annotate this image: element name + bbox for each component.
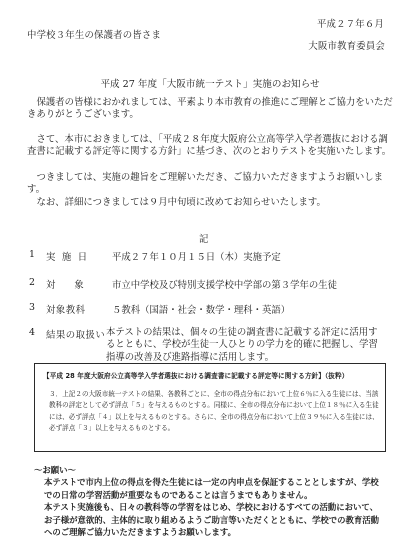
request-heading: ～お願い～ bbox=[34, 464, 76, 476]
item-number: 3 bbox=[29, 302, 35, 313]
item-number: 4 bbox=[29, 327, 35, 338]
excerpt-text: 上記２の大阪市統一テストの結果、各教科ごとに、全市の得点分布において上位６％に入… bbox=[49, 390, 379, 432]
item-value: 平成２７年１０月１５日（木）実施予定 bbox=[112, 249, 281, 263]
item-value: 市立中学校及び特別支援学校中学部の第３学年の生徒 bbox=[112, 277, 337, 291]
item-value: ５教科（国語・社会・数学・理科・英語） bbox=[112, 302, 290, 316]
body-paragraph-3: つきましては、実施の趣旨をご理解いただき、ご協力いただきますようお願いします。 bbox=[27, 172, 397, 197]
item-label: 対象 bbox=[46, 277, 103, 291]
request-paragraph-2: 本テスト実施後も、日々の教科等の学習をはじめ、学校におけるすべての活動において、… bbox=[44, 501, 380, 539]
excerpt-number: ３． bbox=[49, 390, 62, 398]
excerpt-box: 【平成 28 年度大阪府公立高等学入学者選抜における調査書に記載する評定等に関す… bbox=[34, 363, 386, 452]
item-number: 1 bbox=[29, 249, 35, 260]
ki-heading: 記 bbox=[199, 231, 208, 245]
body-paragraph-2: さて、本市におきましては、「平成２８年度大阪府公立高等学入学者選抜における調査書… bbox=[27, 134, 397, 159]
issue-date: 平成２７年６月 bbox=[317, 16, 384, 30]
issuer: 大阪市教育委員会 bbox=[308, 38, 385, 52]
item-value: 本テストの結果は、個々の生徒の調査書に記載する評定に活用するとともに、学校が生徒… bbox=[106, 327, 386, 364]
request-paragraph-1: 本テストで市内上位の得点を得た生徒には一定の内申点を保証することとしますが、学校… bbox=[44, 476, 380, 501]
body-paragraph-4: なお、詳細につきましては９月中旬頃に改めてお知らせいたします。 bbox=[27, 197, 397, 209]
document-title: 平成 27 年度「大阪市統一テスト」実施のお知らせ bbox=[0, 76, 420, 90]
excerpt-body: ３．上記２の大阪市統一テストの結果、各教科ごとに、全市の得点分布において上位６％… bbox=[49, 389, 381, 435]
body-paragraph-1: 保護者の皆様におかれましては、平素より本市教育の推進にご理解とご協力をいただきあ… bbox=[27, 97, 397, 122]
excerpt-heading: 【平成 28 年度大阪府公立高等学入学者選抜における調査書に記載する評定等に関す… bbox=[43, 370, 348, 380]
addressee: 中学校３年生の保護者の皆さま bbox=[27, 27, 161, 41]
item-label: 実施日 bbox=[46, 249, 94, 263]
item-label: 結果の取扱い bbox=[46, 327, 105, 341]
item-label: 対象教科 bbox=[46, 302, 86, 316]
item-number: 2 bbox=[29, 277, 35, 288]
